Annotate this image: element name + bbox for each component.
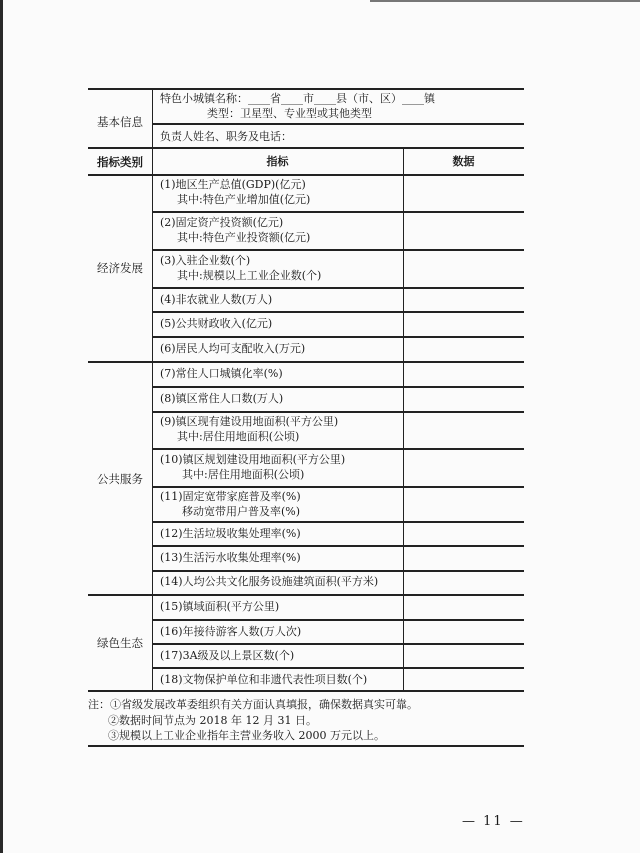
indicator-9: (9)镇区现有建设用地面积(平方公里)其中:居住用地面积(公顷) xyxy=(160,414,338,444)
section-divider xyxy=(88,594,524,596)
row-divider xyxy=(152,123,524,125)
scan-edge-top xyxy=(370,0,640,2)
indicator-10: (10)镇区规划建设用地面积(平方公里)其中:居住用地面积(公顷) xyxy=(160,452,345,482)
notes-border-bottom xyxy=(88,745,524,747)
row-divider xyxy=(152,311,524,313)
indicator-1: (1)地区生产总值(GDP)(亿元)其中:特色产业增加值(亿元) xyxy=(160,177,310,207)
category-public-service: 公共服务 xyxy=(88,471,152,487)
town-type-field[interactable]: 类型：卫星型、专业型或其他类型 xyxy=(207,106,372,121)
scan-edge xyxy=(0,0,3,853)
header-category: 指标类别 xyxy=(88,154,152,170)
indicator-7: (7)常住人口城镇化率(%) xyxy=(160,366,283,381)
table-border-bottom xyxy=(88,690,524,692)
row-divider xyxy=(152,336,524,338)
indicator-14: (14)人均公共文化服务设施建筑面积(平方米) xyxy=(160,574,378,589)
row-divider xyxy=(152,486,524,488)
row-divider xyxy=(152,211,524,213)
row-divider xyxy=(152,643,524,645)
row-divider xyxy=(152,570,524,572)
notes: 注：①省级发展改革委组织有关方面认真填报，确保数据真实可靠。 ②数据时间节点为 … xyxy=(88,697,418,744)
column-divider xyxy=(152,88,153,691)
indicator-17: (17)3A级及以上景区数(个) xyxy=(160,648,294,663)
indicator-15: (15)镇域面积(平方公里) xyxy=(160,599,279,614)
indicator-2: (2)固定资产投资额(亿元)其中:特色产业投资额(亿元) xyxy=(160,215,310,245)
notes-prefix: 注： xyxy=(88,698,110,711)
row-divider xyxy=(152,521,524,523)
header-indicator: 指标 xyxy=(152,154,403,169)
row-divider xyxy=(152,249,524,251)
category-economic: 经济发展 xyxy=(88,260,152,276)
row-divider xyxy=(152,411,524,413)
note-2: ②数据时间节点为 2018 年 12 月 31 日。 xyxy=(88,713,418,729)
row-divider xyxy=(152,545,524,547)
row-divider xyxy=(152,667,524,669)
column-divider xyxy=(403,147,404,691)
indicator-12: (12)生活垃圾收集处理率(%) xyxy=(160,526,301,541)
note-3: ③规模以上工业企业指年主营业务收入 2000 万元以上。 xyxy=(88,728,418,744)
indicator-8: (8)镇区常住人口数(万人) xyxy=(160,391,283,406)
indicator-6: (6)居民人均可支配收入(万元) xyxy=(160,341,305,356)
note-1: ①省级发展改革委组织有关方面认真填报，确保数据真实可靠。 xyxy=(110,698,418,711)
header-data: 数据 xyxy=(403,154,524,169)
row-divider xyxy=(88,174,524,176)
row-divider xyxy=(152,287,524,289)
indicator-5: (5)公共财政收入(亿元) xyxy=(160,316,272,331)
row-divider xyxy=(152,448,524,450)
basic-info-label: 基本信息 xyxy=(88,114,152,130)
page-number: — 11 — xyxy=(462,814,525,829)
section-divider xyxy=(88,361,524,363)
contact-field[interactable]: 负责人姓名、职务及电话： xyxy=(160,129,292,144)
indicator-18: (18)文物保护单位和非遗代表性项目数(个) xyxy=(160,672,367,687)
row-divider xyxy=(88,147,524,149)
indicator-3: (3)入驻企业数(个)其中:规模以上工业企业数(个) xyxy=(160,253,321,283)
indicator-13: (13)生活污水收集处理率(%) xyxy=(160,550,301,565)
row-divider xyxy=(152,386,524,388)
category-green-ecology: 绿色生态 xyxy=(88,635,152,651)
indicator-4: (4)非农就业人数(万人) xyxy=(160,292,272,307)
row-divider xyxy=(152,619,524,621)
table-border-top xyxy=(88,88,524,90)
town-name-field[interactable]: 特色小城镇名称：____省____市____县（市、区）____镇 xyxy=(160,91,435,106)
indicator-11: (11)固定宽带家庭普及率(%)移动宽带用户普及率(%) xyxy=(160,489,301,519)
indicator-16: (16)年接待游客人数(万人次) xyxy=(160,624,301,639)
